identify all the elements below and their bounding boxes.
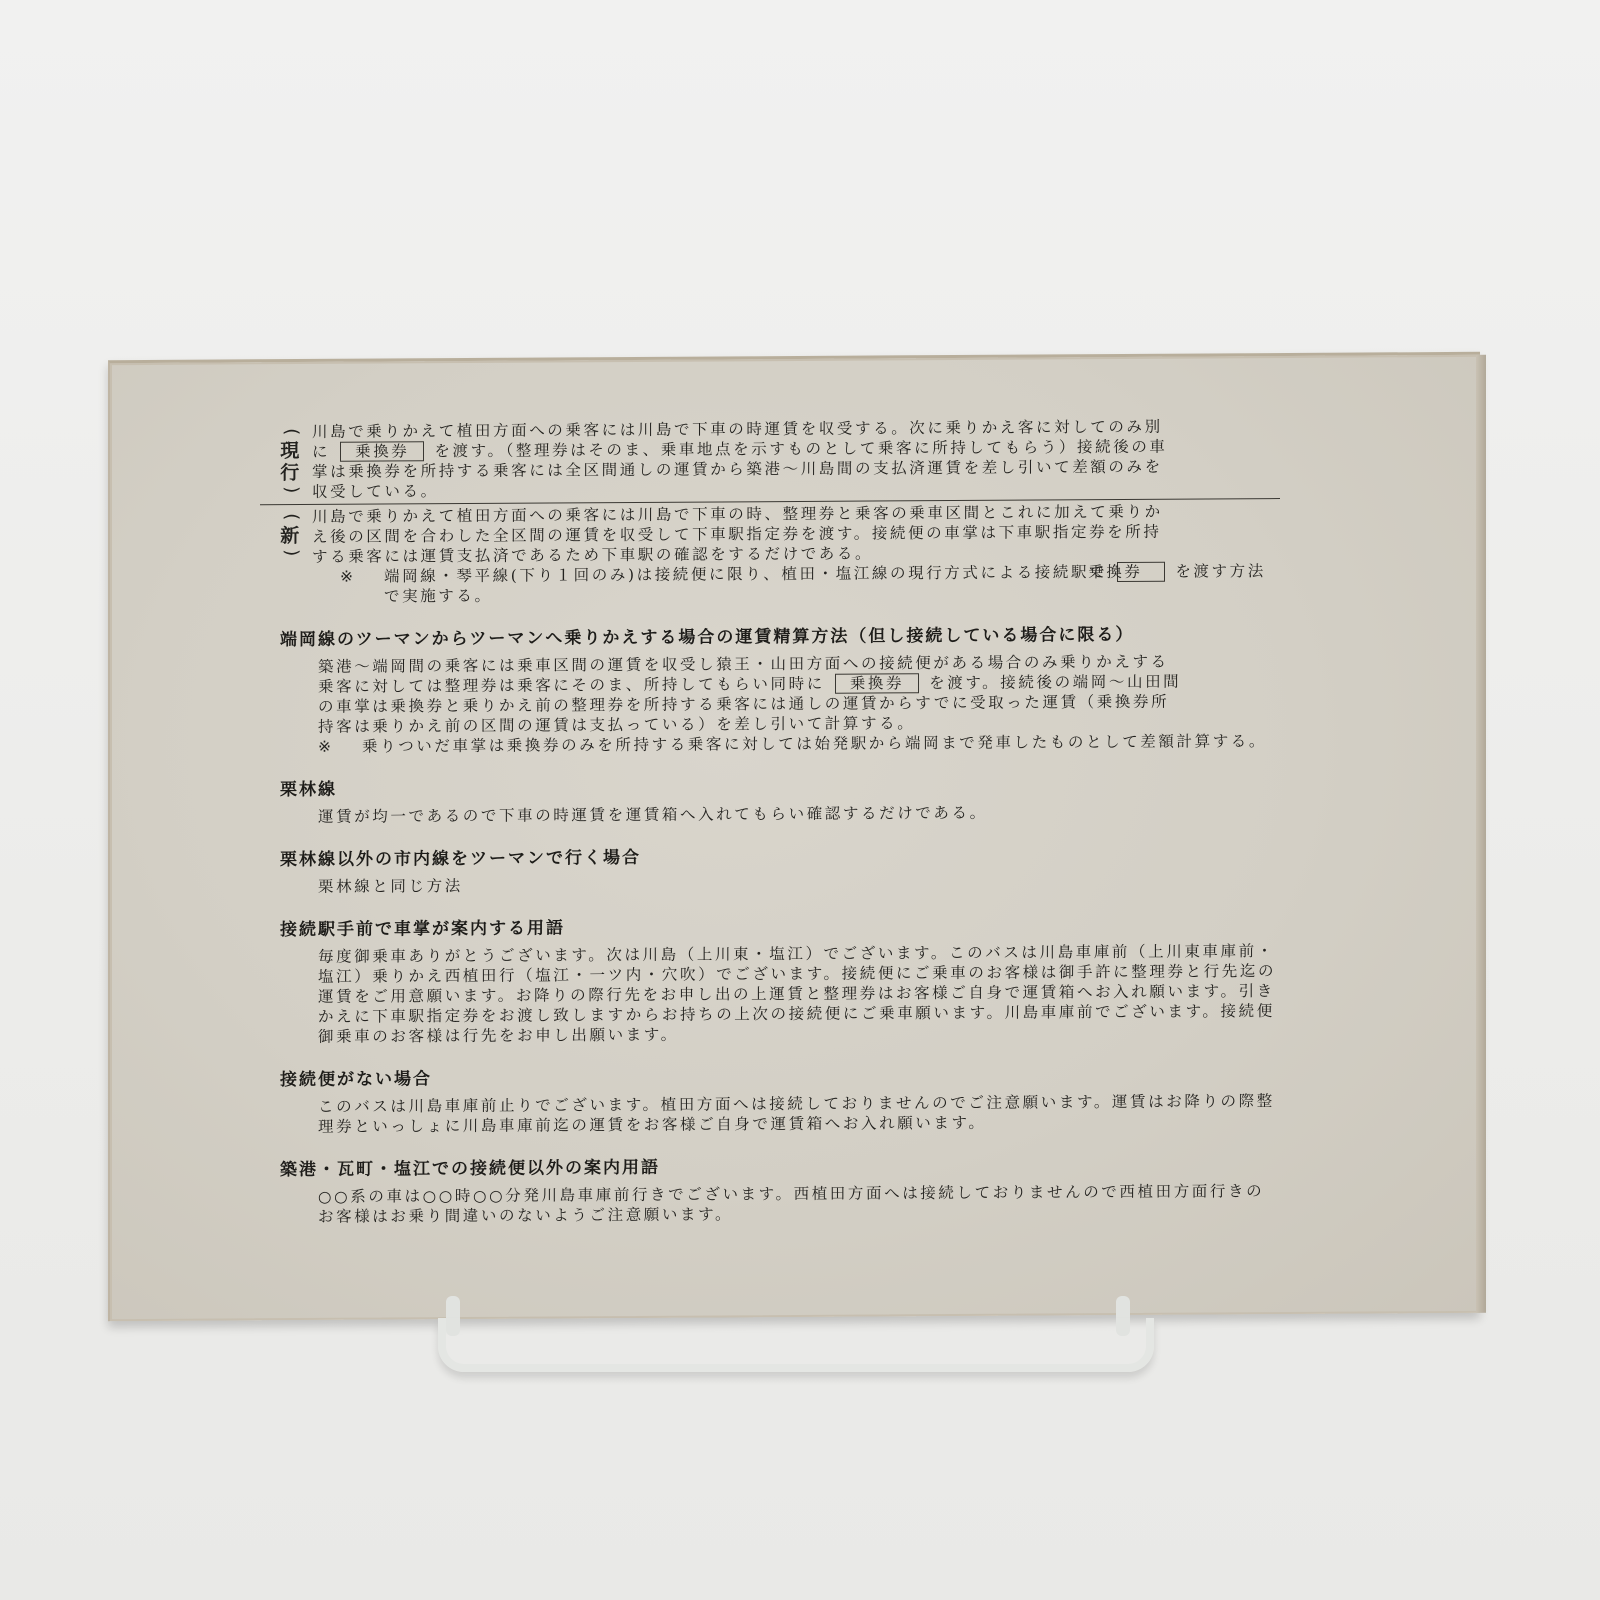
note-text-pre: 端岡線・琴平線(下り１回のみ)は接続便に限り、植田・塩江線の現行方式による接続駅… (384, 563, 1107, 585)
paren-close: ) (284, 543, 298, 565)
section-body: 毎度御乗車ありがとうございます。次は川島（上川東・塩江）でございます。このバスは… (280, 941, 1280, 1047)
body-text: を渡す。接続後の端岡〜山田間 (929, 673, 1181, 693)
section-body: ○○系の車は○○時○○分発川島車庫前行きでございます。西植田方面へは接続しており… (280, 1181, 1280, 1227)
note-text: 乗りついだ車掌は乗換券のみを所持する乗客に対しては始発駅から端岡まで発車したもの… (362, 732, 1267, 756)
paren-open: ( (284, 507, 298, 529)
section-body: 築港〜端岡間の乗客には乗車区間の運賃を収受し猿王・山田方面への接続便がある場合の… (280, 651, 1280, 757)
current-line-2-pre: に (312, 443, 330, 461)
document-page: ( 現行 ) 川島で乗りかえて植田方面への乗客には川島で下車の時運賃を収受する。… (108, 352, 1480, 1321)
note-mark: ※ (318, 737, 362, 757)
section-heading: 端岡線のツーマンからツーマンへ乗りかえする場合の運賃精算方法（但し接続している場… (280, 623, 1280, 651)
display-stand (438, 1318, 1154, 1372)
current-method-tag: ( 現行 ) (280, 426, 302, 498)
section-heading: 接続駅手前で車掌が案内する用語 (280, 913, 1280, 941)
transfer-ticket-box: 乗換券 (835, 673, 919, 694)
page-content: ( 現行 ) 川島で乗りかえて植田方面への乗客には川島で下車の時運賃を収受する。… (280, 416, 1280, 1227)
section-heading: 栗林線以外の市内線をツーマンで行く場合 (280, 843, 1280, 871)
note-mark: ※ (340, 567, 384, 587)
new-method-tag: ( 新 ) (280, 511, 302, 561)
section-heading: 栗林線 (280, 773, 1280, 801)
transfer-ticket-box: 乗換券 (1117, 562, 1165, 582)
section-body: 栗林線と同じ方法 (280, 871, 1280, 897)
section-heading: 築港・瓦町・塩江での接続便以外の案内用語 (280, 1153, 1280, 1181)
current-method-block: ( 現行 ) 川島で乗りかえて植田方面への乗客には川島で下車の時運賃を収受する。… (280, 416, 1280, 502)
new-method-block: ( 新 ) 川島で乗りかえて植田方面への乗客には川島で下車の時、整理券と乗客の乗… (280, 501, 1280, 607)
tag-label: 現行 (280, 440, 302, 484)
paren-open: ( (284, 422, 298, 444)
transfer-ticket-box: 乗換券 (340, 441, 424, 462)
section-body: このバスは川島車庫前止りでございます。植田方面へは接続しておりませんのでご注意願… (280, 1091, 1280, 1137)
paren-close: ) (284, 480, 298, 502)
new-method-note: ※端岡線・琴平線(下り１回のみ)は接続便に限り、植田・塩江線の現行方式による接続… (312, 561, 1280, 607)
section-heading: 接続便がない場合 (280, 1063, 1280, 1091)
body-text: 乗客に対しては整理券は乗客にそのま、所持してもらい同時に (318, 675, 825, 696)
section-body: 運賃が均一であるので下車の時運賃を運賃箱へ入れてもらい確認するだけである。 (280, 801, 1280, 827)
